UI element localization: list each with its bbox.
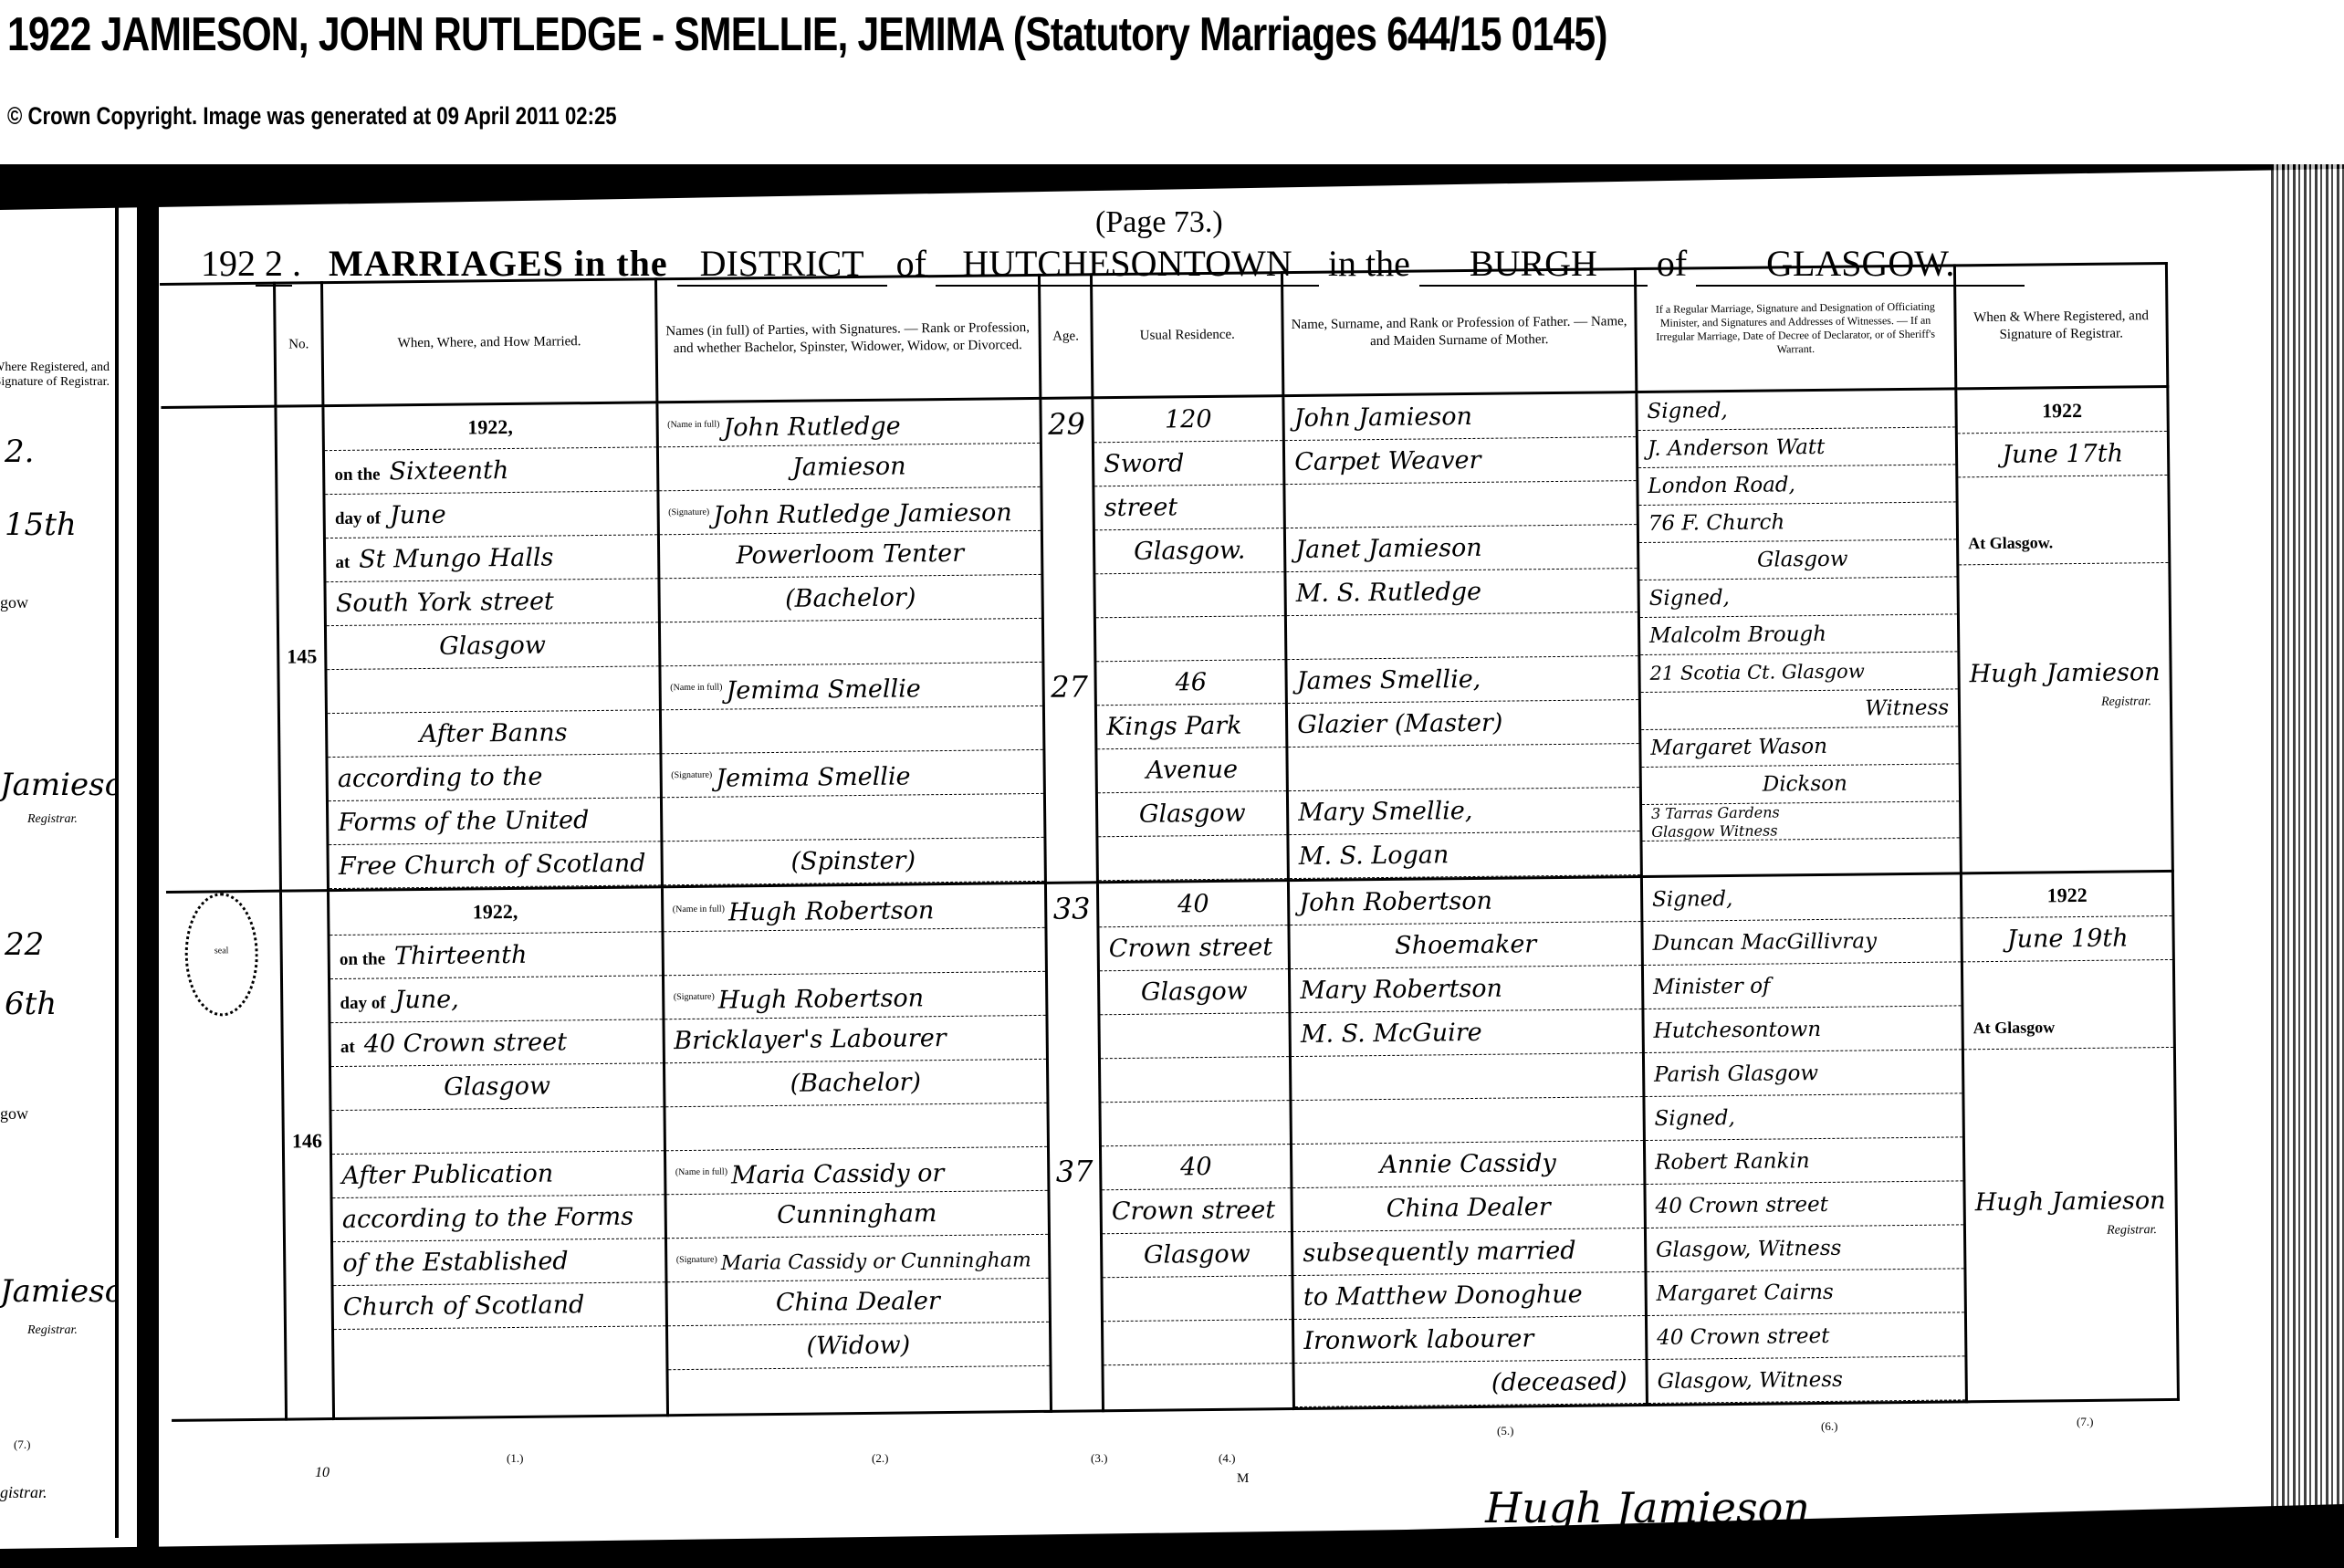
- at-label: at: [335, 553, 350, 572]
- marriage-year: 1922,: [325, 403, 656, 451]
- year-suffix: 2: [256, 242, 292, 287]
- groom-signature: Hugh Robertson: [718, 984, 925, 1014]
- signature-line: J. Anderson Watt: [1638, 427, 1956, 468]
- bride-father: James Smellie,: [1288, 656, 1638, 704]
- marriage-register-table: No. When, Where, and How Married. Names …: [160, 262, 2180, 1422]
- bride-residence-line: Avenue: [1098, 747, 1287, 793]
- groom-residence-line: Sword: [1094, 441, 1283, 486]
- register-page: (Page 73.) 1922. MARRIAGES in the DISTRI…: [151, 205, 2277, 1547]
- margin-column: [160, 283, 276, 407]
- left-page-place-1: gow: [0, 593, 28, 612]
- bride-status: (Widow): [668, 1322, 1050, 1370]
- groom-age: 33: [1047, 883, 1099, 1147]
- page-footer-number: 10: [315, 1465, 330, 1481]
- page-number: (Page 73.): [1095, 205, 1223, 240]
- bride-mother-name: Annie Cassidy: [1292, 1141, 1643, 1188]
- groom-father-occupation: Shoemaker: [1291, 922, 1641, 969]
- marriage-day: Sixteenth: [389, 456, 508, 486]
- signature-line: Signed,: [1645, 1093, 1962, 1141]
- parents-cell: John Jamieson Carpet Weaver Janet Jamies…: [1283, 392, 1641, 881]
- officiant-witness-cell: Signed, Duncan MacGillivray Minister of …: [1641, 873, 1966, 1406]
- how-married-line: of the Established: [333, 1239, 664, 1286]
- column-number-6: (6.): [1821, 1419, 1837, 1434]
- left-page-year-2: 22: [5, 926, 44, 963]
- signature-line: Margaret Cairns: [1647, 1269, 1964, 1316]
- groom-residence-line: Glasgow: [1100, 969, 1289, 1015]
- groom-father-occupation: Carpet Weaver: [1285, 437, 1636, 485]
- registration-cell: 1922 June 19th At Glasgow Hugh Jamieson …: [1961, 871, 2178, 1401]
- signature-label: (Signature): [668, 507, 709, 517]
- registrar-seal-stamp: seal: [184, 893, 258, 1017]
- signature-line: London Road,: [1638, 465, 1956, 506]
- officiant-witness-cell: Signed, J. Anderson Watt London Road, 76…: [1637, 389, 1962, 877]
- marriage-year: 1922,: [330, 888, 661, 936]
- document-title: 1922 JAMIESON, JOHN RUTLEDGE - SMELLIE, …: [7, 7, 1607, 62]
- bride-mother-note: to Matthew Donoghue: [1294, 1272, 1645, 1320]
- copyright-notice: © Crown Copyright. Image was generated a…: [7, 102, 617, 131]
- signature-label: (Signature): [671, 770, 712, 780]
- bride-residence-line: 46: [1097, 660, 1286, 706]
- groom-mother: Janet Jamieson: [1286, 525, 1637, 572]
- left-page-column-number: (7.): [14, 1437, 30, 1452]
- how-married-line: After Banns: [328, 710, 659, 758]
- bride-surname: Cunningham: [666, 1191, 1048, 1239]
- left-page-date-2: 6th: [5, 986, 57, 1022]
- residence-cell: 120 Sword street Glasgow. 46 Kings Park …: [1093, 396, 1289, 883]
- groom-residence-line: 120: [1094, 397, 1283, 443]
- column-number-4: (4.): [1219, 1451, 1235, 1466]
- col-header-no: No.: [274, 283, 323, 407]
- name-in-full-label: (Name in full): [673, 904, 725, 915]
- left-page-registrar-2: Registrar.: [27, 1323, 78, 1338]
- bride-age: 27: [1044, 662, 1094, 705]
- left-page-registrar-1: Registrar.: [27, 812, 78, 827]
- col-header-signatures: If a Regular Marriage, Signature and Des…: [1635, 266, 1956, 392]
- bride-mother-note: subsequently married: [1293, 1228, 1644, 1276]
- groom-status: (Bachelor): [665, 1060, 1047, 1107]
- how-married-line: according to the: [329, 754, 660, 801]
- how-married-line: Free Church of Scotland: [330, 841, 661, 889]
- bride-status: (Spinster): [663, 838, 1044, 885]
- table-row: seal 146 1922, on theThirteenth day ofJu…: [166, 871, 2178, 1420]
- col-header-registered: When & Where Registered, and Signature o…: [1954, 263, 2167, 388]
- bride-mother: Mary Smellie,: [1289, 788, 1639, 835]
- on-the-label: on the: [340, 949, 385, 969]
- groom-name: John Rutledge: [723, 413, 900, 443]
- bride-residence-line: Glasgow: [1098, 791, 1287, 837]
- parents-cell: John Robertson Shoemaker Mary Robertson …: [1289, 877, 1648, 1409]
- left-page-date-1: 15th: [5, 507, 77, 543]
- place-line: St Mungo Halls: [359, 543, 554, 573]
- registration-year: 1922: [1962, 873, 2171, 918]
- groom-mother-maiden: M. S. McGuire: [1292, 1009, 1642, 1057]
- col-header-parents: Name, Surname, and Rank or Profession of…: [1282, 269, 1637, 396]
- when-where-how-cell: 1922, on theThirteenth day ofJune, at40 …: [329, 887, 667, 1419]
- groom-residence-line: Glasgow.: [1095, 528, 1284, 574]
- place-line: 40 Crown street: [364, 1028, 568, 1058]
- bride-residence-line: 40: [1102, 1145, 1291, 1190]
- groom-age: 29: [1041, 399, 1094, 663]
- column-number-1: (1.): [507, 1451, 523, 1466]
- age-cell: 33 37: [1045, 883, 1104, 1412]
- bride-residence-line: Kings Park: [1097, 704, 1286, 749]
- groom-mother-maiden: M. S. Rutledge: [1287, 569, 1638, 616]
- signature-line: Minister of: [1644, 962, 1962, 1009]
- bride-age: 37: [1050, 1146, 1100, 1189]
- bride-name: Maria Cassidy or: [731, 1159, 945, 1189]
- groom-signature: John Rutledge Jamieson: [713, 498, 1012, 529]
- bride-signature: Maria Cassidy or Cunningham: [721, 1249, 1031, 1275]
- signature-line: Signed,: [1638, 390, 1955, 431]
- registrar-signature: Hugh Jamieson: [1960, 651, 2169, 696]
- how-married-line: Forms of the United: [329, 798, 660, 845]
- how-married-line: Church of Scotland: [334, 1282, 665, 1330]
- signature-line: 21 Scotia Ct. Glasgow: [1640, 652, 1958, 693]
- signature-line: Glasgow, Witness: [1647, 1225, 1964, 1272]
- registration-cell: 1922 June 17th At Glasgow. Hugh Jamieson…: [1956, 386, 2172, 873]
- table-row: 145 1922, on theSixteenth day ofJune atS…: [161, 386, 2172, 892]
- when-where-how-cell: 1922, on theSixteenth day ofJune atSt Mu…: [323, 402, 662, 891]
- column-number-2: (2.): [872, 1451, 888, 1466]
- bride-signature: Jemima Smellie: [716, 762, 911, 792]
- bride-mother-note: Ironwork labourer: [1294, 1316, 1645, 1364]
- signature-line: Margaret Wason: [1641, 727, 1959, 768]
- parties-cell: (Name in full)Hugh Robertson (Signature)…: [662, 883, 1051, 1415]
- signature-line: Signed,: [1639, 577, 1957, 618]
- signature-line: Parish Glasgow: [1645, 1050, 1962, 1097]
- registration-place: At Glasgow: [1963, 1004, 2172, 1050]
- marriage-month: June: [390, 501, 446, 530]
- signature-line: 40 Crown street: [1646, 1181, 1963, 1228]
- bride-residence-line: Crown street: [1103, 1188, 1292, 1234]
- marriage-day: Thirteenth: [394, 941, 528, 971]
- signature-line: Glasgow, Witness: [1648, 1356, 1965, 1404]
- name-in-full-label: (Name in full): [675, 1167, 727, 1178]
- how-married-line: according to the Forms: [333, 1195, 664, 1242]
- groom-surname: Jamieson: [658, 444, 1040, 491]
- left-page-signature-2: Jamieson: [0, 1273, 119, 1310]
- bride-occupation: China Dealer: [667, 1279, 1049, 1326]
- registration-year: 1922: [1957, 388, 2166, 434]
- margin-cell: seal: [166, 891, 286, 1420]
- left-page-header: When & Where Registered, and Signature o…: [0, 361, 110, 390]
- registration-place: At Glasgow.: [1959, 519, 2168, 565]
- table-header-row: No. When, Where, and How Married. Names …: [160, 263, 2168, 407]
- groom-residence-line: Crown street: [1100, 925, 1289, 971]
- signature-line: 76 F. Church: [1639, 502, 1957, 543]
- groom-status: (Bachelor): [660, 575, 1041, 622]
- signature-line: Hutchesontown: [1644, 1006, 1962, 1053]
- bride-mother-occupation: China Dealer: [1293, 1185, 1644, 1232]
- signature-line: 40 Crown street: [1648, 1312, 1965, 1360]
- year-prefix: 192: [201, 243, 256, 284]
- column-number-3: (3.): [1091, 1451, 1107, 1466]
- col-header-residence: Usual Residence.: [1092, 273, 1283, 398]
- place-line: Glasgow: [327, 622, 658, 670]
- column-number-5: (5.): [1497, 1424, 1513, 1438]
- registrar-label: Registrar.: [1961, 695, 2170, 711]
- left-page-year-1: 2.: [5, 434, 34, 470]
- residence-cell: 40 Crown street Glasgow 40 Crown street …: [1098, 881, 1294, 1411]
- entry-number: 145: [276, 406, 329, 892]
- column-numbers: (1.) (2.) (3.) (4.) M (5.) (6.) (7.): [151, 1451, 2250, 1479]
- marriage-month: June,: [394, 986, 458, 1015]
- scan-edge-right: [2271, 164, 2344, 1568]
- groom-residence-line: 40: [1099, 882, 1288, 927]
- left-page-registrar-label: gistrar.: [0, 1483, 47, 1502]
- col-header-names: Names (in full) of Parties, with Signatu…: [655, 275, 1040, 402]
- groom-name: Hugh Robertson: [728, 896, 935, 926]
- signature-line: Glasgow Witness: [1642, 820, 1959, 841]
- signature-line: Witness: [1641, 689, 1959, 730]
- margin-cell: [161, 406, 280, 892]
- signature-line: Robert Rankin: [1646, 1137, 1963, 1185]
- name-in-full-label: (Name in full): [667, 420, 719, 431]
- place-line: South York street: [327, 579, 658, 626]
- at-label: at: [340, 1038, 355, 1057]
- column-number-7: (7.): [2077, 1415, 2093, 1429]
- day-of-label: day of: [335, 508, 381, 528]
- signature-line: Malcolm Brough: [1640, 614, 1958, 655]
- how-married-line: After Publication: [332, 1151, 664, 1198]
- registration-date: June 17th: [1958, 432, 2167, 477]
- signature-line: Signed,: [1643, 874, 1961, 922]
- left-page-place-2: gow: [0, 1104, 28, 1124]
- parties-cell: (Name in full)John Rutledge Jamieson (Si…: [656, 398, 1045, 886]
- bride-mother-note: (deceased): [1295, 1360, 1646, 1407]
- registrar-signature: Hugh Jamieson: [1965, 1179, 2174, 1225]
- bride-father-occupation: Glazier (Master): [1288, 700, 1638, 747]
- bride-residence-line: Glasgow: [1103, 1232, 1292, 1278]
- signature-line: Dickson: [1642, 764, 1960, 805]
- registration-date: June 19th: [1962, 916, 2171, 962]
- left-page-signature-1: Jamieson: [0, 767, 119, 803]
- signature-label: (Signature): [674, 992, 715, 1002]
- groom-mother: Mary Robertson: [1291, 966, 1641, 1013]
- groom-father: John Jamieson: [1285, 393, 1636, 441]
- signature-label: (Signature): [676, 1255, 717, 1265]
- bride-mother-maiden: M. S. Logan: [1290, 831, 1640, 879]
- entry-number: 146: [280, 891, 333, 1420]
- day-of-label: day of: [340, 993, 385, 1013]
- name-in-full-label: (Name in full): [670, 683, 722, 694]
- groom-occupation: Bricklayer's Labourer: [664, 1016, 1046, 1063]
- signature-line: Glasgow: [1639, 539, 1957, 580]
- bride-name: Jemima Smellie: [726, 674, 921, 705]
- scan-shadow-top: [0, 164, 2344, 210]
- previous-page-fragment: When & Where Registered, and Signature o…: [0, 205, 119, 1538]
- groom-occupation: Powerloom Tenter: [659, 531, 1041, 579]
- col-header-when: When, Where, and How Married.: [322, 279, 657, 406]
- on-the-label: on the: [334, 465, 380, 485]
- age-cell: 29 27: [1041, 398, 1098, 883]
- groom-residence-line: street: [1095, 485, 1284, 530]
- m-mark: M: [1237, 1471, 1249, 1487]
- groom-father: John Robertson: [1290, 878, 1640, 925]
- col-header-age: Age.: [1039, 275, 1093, 399]
- place-line: Glasgow: [331, 1063, 663, 1111]
- registrar-label: Registrar.: [1966, 1223, 2175, 1239]
- signature-line: Duncan MacGillivray: [1643, 918, 1961, 966]
